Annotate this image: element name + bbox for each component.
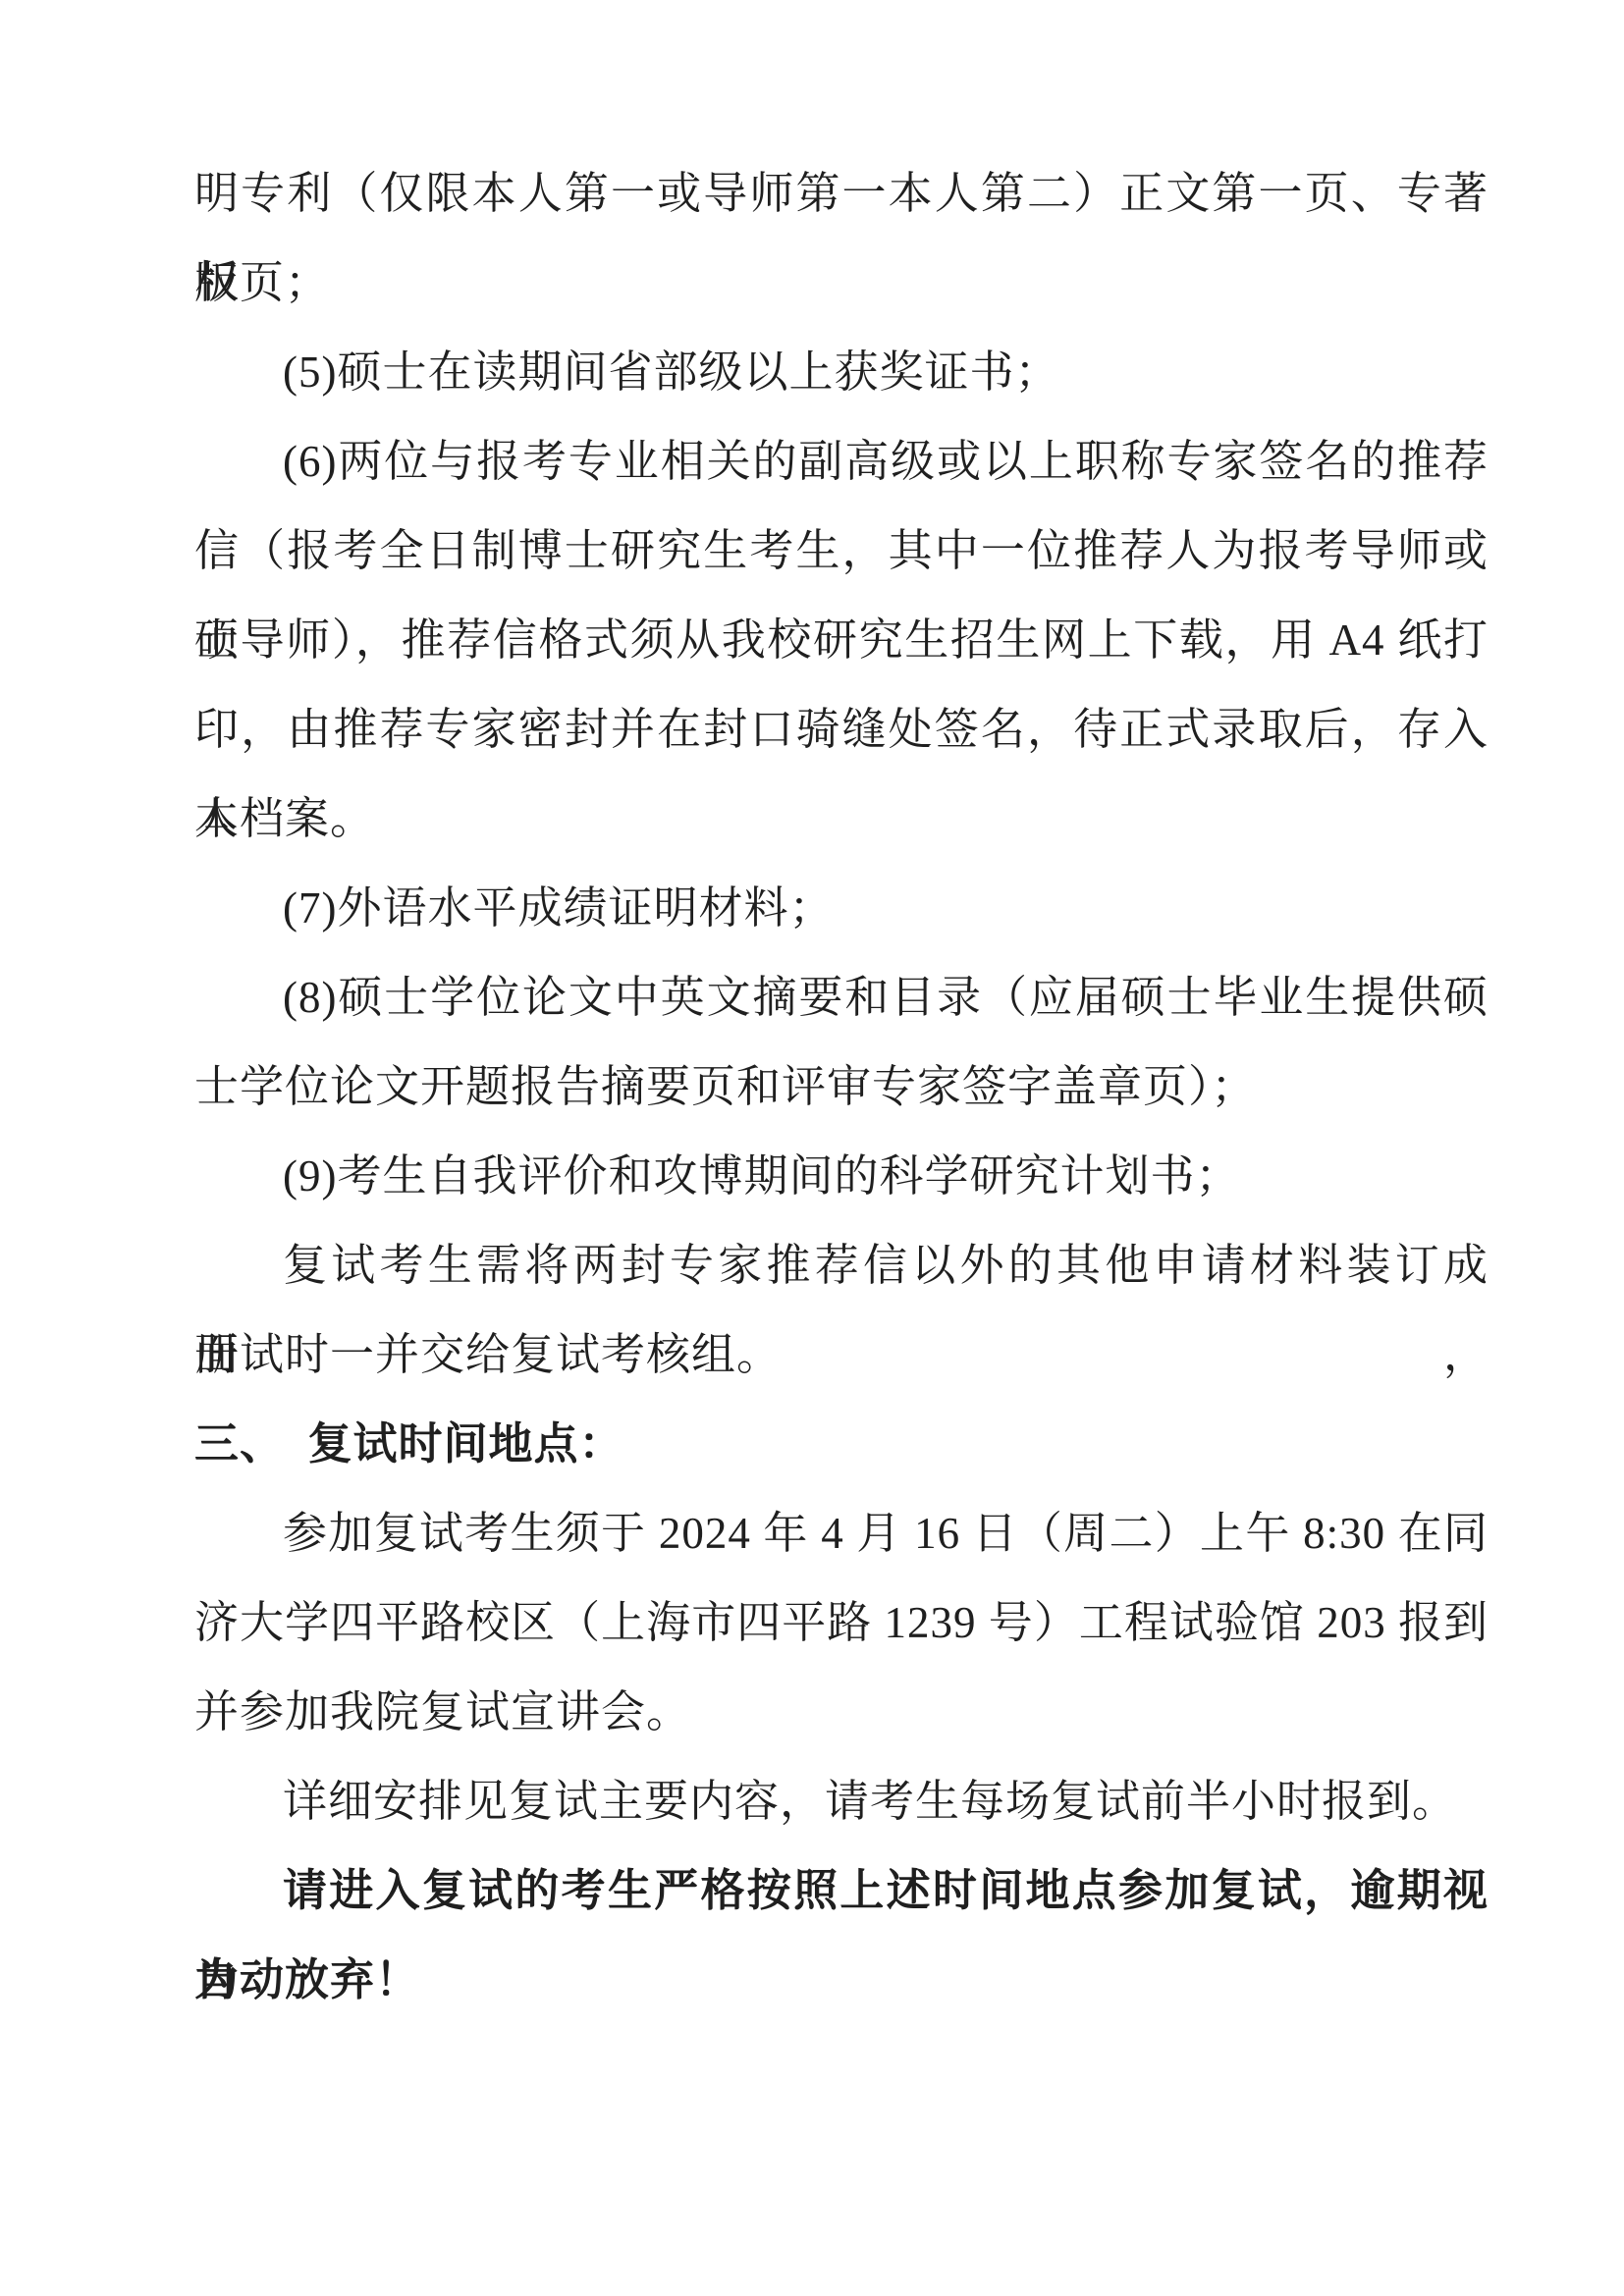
text-line: 复试考生需将两封专家推荐信以外的其他申请材料装订成册，: [194, 1221, 1489, 1310]
list-item-8: (8)硕士学位论文中英文摘要和目录（应届硕士毕业生提供硕: [194, 953, 1489, 1042]
list-item-9: (9)考生自我评价和攻博期间的科学研究计划书；: [194, 1132, 1489, 1221]
document-text-block: 明专利（仅限本人第一或导师第一本人第二）正文第一页、专著版 权页； (5)硕士在…: [194, 149, 1489, 2025]
list-item-5: (5)硕士在读期间省部级以上获奖证书；: [194, 328, 1489, 417]
text-line: 参加复试考生须于 2024 年 4 月 16 日（周二）上午 8:30 在同: [194, 1489, 1489, 1578]
list-item-6: (6)两位与报考专业相关的副高级或以上职称专家签名的推荐: [194, 417, 1489, 507]
text-line: 人档案。: [194, 774, 1489, 864]
text-line: 印，由推荐专家密封并在封口骑缝处签名，待正式录取后，存入本: [194, 685, 1489, 774]
list-item-7: (7)外语水平成绩证明材料；: [194, 864, 1489, 953]
text-line: 信（报考全日制博士研究生考生，其中一位推荐人为报考导师或硕: [194, 507, 1489, 596]
section-heading: 三、 复试时间地点：: [194, 1400, 1489, 1489]
text-line-emphasis: 自动放弃！: [194, 1936, 1489, 2025]
document-page: 明专利（仅限本人第一或导师第一本人第二）正文第一页、专著版 权页； (5)硕士在…: [0, 0, 1624, 2296]
text-line: 权页；: [194, 239, 1489, 328]
text-line: 并参加我院复试宣讲会。: [194, 1668, 1489, 1757]
text-line: 详细安排见复试主要内容，请考生每场复试前半小时报到。: [194, 1757, 1489, 1846]
text-line: 士导师），推荐信格式须从我校研究生招生网上下载，用 A4 纸打: [194, 596, 1489, 685]
text-line-emphasis: 请进入复试的考生严格按照上述时间地点参加复试，逾期视为: [194, 1846, 1489, 1936]
text-line: 明专利（仅限本人第一或导师第一本人第二）正文第一页、专著版: [194, 149, 1489, 239]
text-line: 士学位论文开题报告摘要页和评审专家签字盖章页）；: [194, 1042, 1489, 1132]
text-line: 济大学四平路校区（上海市四平路 1239 号）工程试验馆 203 报到: [194, 1578, 1489, 1668]
